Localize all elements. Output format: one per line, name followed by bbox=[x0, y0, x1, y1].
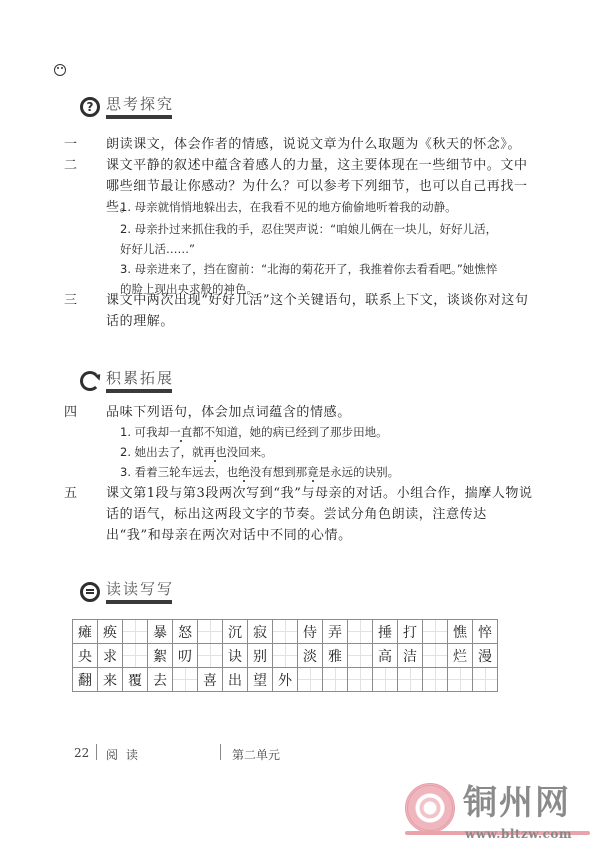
grid-cell bbox=[448, 668, 473, 692]
grid-cell bbox=[348, 644, 373, 668]
grid-cell: 瘫 bbox=[73, 620, 98, 644]
footer-divider bbox=[220, 744, 221, 760]
grid-cell: 出 bbox=[223, 668, 248, 692]
grid-cell: 沉 bbox=[223, 620, 248, 644]
dotted-word: 再也 bbox=[204, 445, 227, 459]
grid-row: 央求絮叨诀别淡雅高洁烂漫 bbox=[73, 644, 498, 668]
grid-cell: 高 bbox=[373, 644, 398, 668]
footer-divider bbox=[96, 744, 97, 760]
section-title: 读读写写 bbox=[106, 581, 174, 598]
grid-cell bbox=[298, 668, 323, 692]
grid-cell: 悴 bbox=[473, 620, 498, 644]
grid-cell: 别 bbox=[248, 644, 273, 668]
grid-cell bbox=[123, 620, 148, 644]
grid-cell bbox=[348, 668, 373, 692]
grid-cell: 喜 bbox=[198, 668, 223, 692]
question-5: 五 课文第1段与第3段两次写到“我”与母亲的对话。小组合作，揣摩人物说话的语气，… bbox=[64, 483, 536, 546]
sentence-text: 1. 可我却 bbox=[120, 425, 169, 439]
grid-cell bbox=[373, 668, 398, 692]
question-number: 一 bbox=[64, 134, 88, 155]
question-number: 五 bbox=[64, 483, 88, 504]
section-header-think-explore: ? 思考探究 bbox=[80, 92, 174, 122]
question-number: 二 bbox=[64, 155, 88, 176]
grid-cell: 憔 bbox=[448, 620, 473, 644]
question-4: 四 品味下列语句，体会加点词蕴含的情感。 bbox=[64, 402, 536, 423]
sentence-text: 3. 看着三轮车远去，也 bbox=[120, 465, 238, 479]
sentence-text: 2. 她出去了，就 bbox=[120, 445, 204, 459]
vocabulary-grid: 瘫痪暴怒沉寂侍弄捶打憔悴央求絮叨诀别淡雅高洁烂漫翻来覆去喜出望外 bbox=[72, 619, 498, 692]
refresh-arrow-icon bbox=[80, 371, 100, 391]
dotted-word: 竟 bbox=[307, 465, 319, 479]
seal-logo-icon bbox=[405, 783, 455, 833]
question-text: 课文中两次出现“好好儿活”这个关键语句，联系上下文，谈谈你对这句话的理解。 bbox=[106, 290, 536, 332]
detail-item-2: 2. 母亲扑过来抓住我的手，忍住哭声说：“咱娘儿俩在一块儿，好好儿活，好好儿活…… bbox=[120, 219, 500, 259]
dotted-word: 绝 bbox=[238, 465, 250, 479]
dotted-word: 一直 bbox=[169, 425, 192, 439]
section-underline bbox=[106, 389, 172, 393]
page-number: 22 bbox=[74, 746, 89, 760]
grid-cell: 打 bbox=[398, 620, 423, 644]
grid-cell: 叨 bbox=[173, 644, 198, 668]
grid-cell: 侍 bbox=[298, 620, 323, 644]
grid-cell: 覆 bbox=[123, 668, 148, 692]
grid-cell bbox=[423, 644, 448, 668]
question-circle-icon: ? bbox=[80, 97, 100, 117]
sentence-text: 是永远的诀别。 bbox=[319, 465, 400, 479]
question-text: 课文第1段与第3段两次写到“我”与母亲的对话。小组合作，揣摩人物说话的语气，标出… bbox=[106, 483, 536, 546]
question-text: 品味下列语句，体会加点词蕴含的情感。 bbox=[106, 402, 536, 423]
sentence-text: 没回来。 bbox=[227, 445, 273, 459]
grid-cell: 诀 bbox=[223, 644, 248, 668]
grid-cell bbox=[273, 620, 298, 644]
sentence-item-1: 1. 可我却一直都不知道，她的病已经到了那步田地。 bbox=[120, 422, 500, 442]
grid-cell: 漫 bbox=[473, 644, 498, 668]
question-number: 三 bbox=[64, 290, 88, 311]
sentence-item-2: 2. 她出去了，就再也没回来。 bbox=[120, 442, 500, 462]
grid-cell: 来 bbox=[98, 668, 123, 692]
detail-item-1: 1. 母亲就悄悄地躲出去，在我看不见的地方偷偷地听着我的动静。 bbox=[120, 197, 500, 217]
grid-cell: 央 bbox=[73, 644, 98, 668]
grid-cell bbox=[398, 668, 423, 692]
question-1: 一 朗读课文，体会作者的情感，说说文章为什么取题为《秋天的怀念》。 bbox=[64, 134, 536, 155]
grid-cell bbox=[473, 668, 498, 692]
section-title: 思考探究 bbox=[106, 96, 174, 113]
grid-cell: 絮 bbox=[148, 644, 173, 668]
grid-cell: 雅 bbox=[323, 644, 348, 668]
grid-cell bbox=[323, 668, 348, 692]
smiley-icon bbox=[54, 64, 66, 76]
grid-cell: 寂 bbox=[248, 620, 273, 644]
unit-label: 第二单元 bbox=[232, 746, 280, 763]
watermark-name: 铜州网 bbox=[463, 783, 571, 823]
book-part-label: 阅 读 bbox=[106, 746, 140, 763]
grid-cell bbox=[123, 644, 148, 668]
grid-cell bbox=[423, 668, 448, 692]
grid-cell bbox=[348, 620, 373, 644]
grid-cell: 弄 bbox=[323, 620, 348, 644]
grid-cell: 洁 bbox=[398, 644, 423, 668]
grid-row: 瘫痪暴怒沉寂侍弄捶打憔悴 bbox=[73, 620, 498, 644]
sentence-text: 都不知道，她的病已经到了那步田地。 bbox=[192, 425, 388, 439]
site-watermark: 铜州网 www.bltzw.com bbox=[405, 783, 595, 843]
grid-row: 翻来覆去喜出望外 bbox=[73, 668, 498, 692]
grid-cell: 痪 bbox=[98, 620, 123, 644]
question-3: 三 课文中两次出现“好好儿活”这个关键语句，联系上下文，谈谈你对这句话的理解。 bbox=[64, 290, 536, 332]
section-header-read-write: 读读写写 bbox=[80, 577, 174, 607]
section-underline bbox=[106, 115, 172, 119]
grid-cell: 暴 bbox=[148, 620, 173, 644]
grid-cell: 烂 bbox=[448, 644, 473, 668]
watermark-url: www.bltzw.com bbox=[465, 827, 572, 841]
grid-cell: 望 bbox=[248, 668, 273, 692]
grid-cell: 捶 bbox=[373, 620, 398, 644]
sentence-text: 没有想到那 bbox=[250, 465, 308, 479]
grid-cell: 翻 bbox=[73, 668, 98, 692]
grid-cell bbox=[273, 644, 298, 668]
section-title: 积累拓展 bbox=[106, 370, 174, 387]
sentence-item-3: 3. 看着三轮车远去，也绝没有想到那竟是永远的诀别。 bbox=[120, 462, 500, 482]
grid-cell bbox=[198, 644, 223, 668]
grid-cell: 怒 bbox=[173, 620, 198, 644]
grid-cell bbox=[198, 620, 223, 644]
section-underline bbox=[106, 600, 172, 604]
list-lines-icon bbox=[80, 582, 100, 602]
question-text: 朗读课文，体会作者的情感，说说文章为什么取题为《秋天的怀念》。 bbox=[106, 134, 536, 155]
grid-cell: 求 bbox=[98, 644, 123, 668]
question-number: 四 bbox=[64, 402, 88, 423]
section-header-accumulate-expand: 积累拓展 bbox=[80, 366, 174, 396]
grid-cell: 去 bbox=[148, 668, 173, 692]
grid-cell bbox=[173, 668, 198, 692]
grid-cell bbox=[423, 620, 448, 644]
grid-cell: 外 bbox=[273, 668, 298, 692]
grid-cell: 淡 bbox=[298, 644, 323, 668]
